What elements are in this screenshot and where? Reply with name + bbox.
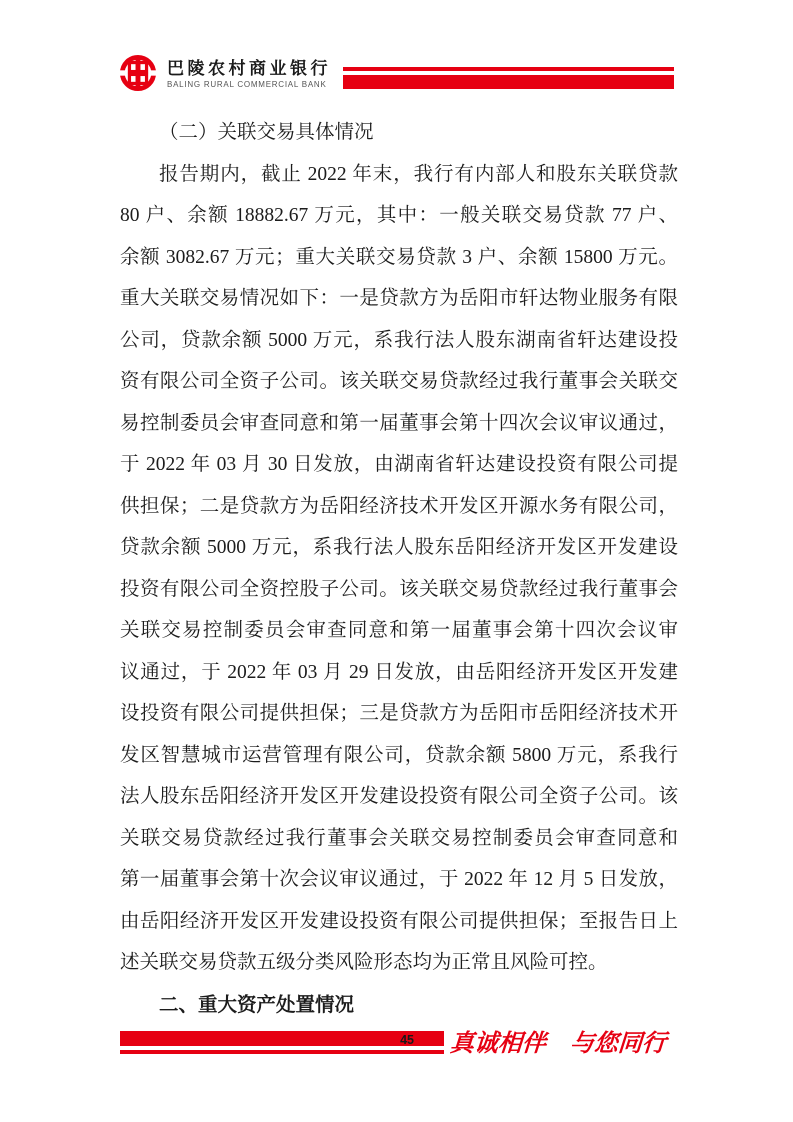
page-body: （二）关联交易具体情况 报告期内，截止 2022 年末，我行有内部人和股东关联贷… bbox=[120, 112, 678, 1026]
paragraph-line: 设投资有限公司提供担保；三是贷款方为岳阳市岳阳经济技术开 bbox=[120, 693, 678, 735]
bank-logo-icon bbox=[119, 54, 157, 92]
slogan-calligraphy: 真诚相伴 与您同行 bbox=[449, 1028, 696, 1060]
paragraph-line: 余额 3082.67 万元；重大关联交易贷款 3 户、余额 15800 万元。 bbox=[120, 237, 678, 279]
bank-name-english: BALING RURAL COMMERCIAL BANK bbox=[167, 80, 337, 90]
bank-name-block: 巴陵农村商业银行 BALING RURAL COMMERCIAL BANK bbox=[167, 58, 337, 90]
paragraph-line: 供担保；二是贷款方为岳阳经济技术开发区开源水务有限公司， bbox=[120, 486, 678, 528]
paragraph-line: 公司，贷款余额 5000 万元，系我行法人股东湖南省轩达建设投 bbox=[120, 320, 678, 362]
footer-rule-thin bbox=[120, 1050, 444, 1054]
paragraph-line: 由岳阳经济开发区开发建设投资有限公司提供担保；至报告日上 bbox=[120, 901, 678, 943]
paragraph-line: 发区智慧城市运营管理有限公司，贷款余额 5800 万元，系我行 bbox=[120, 735, 678, 777]
bank-name-chinese: 巴陵农村商业银行 bbox=[167, 58, 337, 80]
header-rule-thin bbox=[343, 67, 674, 71]
page-number: 45 bbox=[400, 1033, 444, 1048]
footer-page-bar: 45 bbox=[120, 1031, 444, 1046]
next-section-heading: 二、重大资产处置情况 bbox=[120, 985, 678, 1027]
paragraph-line: 贷款余额 5000 万元，系我行法人股东岳阳经济开发区开发建设 bbox=[120, 527, 678, 569]
paragraph-line: 关联交易贷款经过我行董事会关联交易控制委员会审查同意和 bbox=[120, 818, 678, 860]
section-heading: （二）关联交易具体情况 bbox=[120, 112, 678, 154]
paragraph-line: 报告期内，截止 2022 年末，我行有内部人和股东关联贷款 bbox=[120, 154, 678, 196]
paragraph-line: 投资有限公司全资控股子公司。该关联交易贷款经过我行董事会 bbox=[120, 569, 678, 611]
header-rule-thick bbox=[343, 75, 674, 89]
paragraph-line: 议通过，于 2022 年 03 月 29 日发放，由岳阳经济开发区开发建 bbox=[120, 652, 678, 694]
paragraph-line: 法人股东岳阳经济开发区开发建设投资有限公司全资子公司。该 bbox=[120, 776, 678, 818]
document-page: 巴陵农村商业银行 BALING RURAL COMMERCIAL BANK （二… bbox=[0, 0, 793, 1122]
paragraph-line: 关联交易控制委员会审查同意和第一届董事会第十四次会议审 bbox=[120, 610, 678, 652]
paragraph-line: 资有限公司全资子公司。该关联交易贷款经过我行董事会关联交 bbox=[120, 361, 678, 403]
paragraph-line: 第一届董事会第十次会议审议通过，于 2022 年 12 月 5 日发放， bbox=[120, 859, 678, 901]
paragraph-line: 易控制委员会审查同意和第一届董事会第十四次会议审议通过， bbox=[120, 403, 678, 445]
paragraph-line: 重大关联交易情况如下：一是贷款方为岳阳市轩达物业服务有限 bbox=[120, 278, 678, 320]
paragraph-line: 于 2022 年 03 月 30 日发放，由湖南省轩达建设投资有限公司提 bbox=[120, 444, 678, 486]
paragraph-line: 述关联交易贷款五级分类风险形态均为正常且风险可控。 bbox=[120, 942, 678, 984]
paragraph-line: 80 户、余额 18882.67 万元，其中：一般关联交易贷款 77 户、 bbox=[120, 195, 678, 237]
